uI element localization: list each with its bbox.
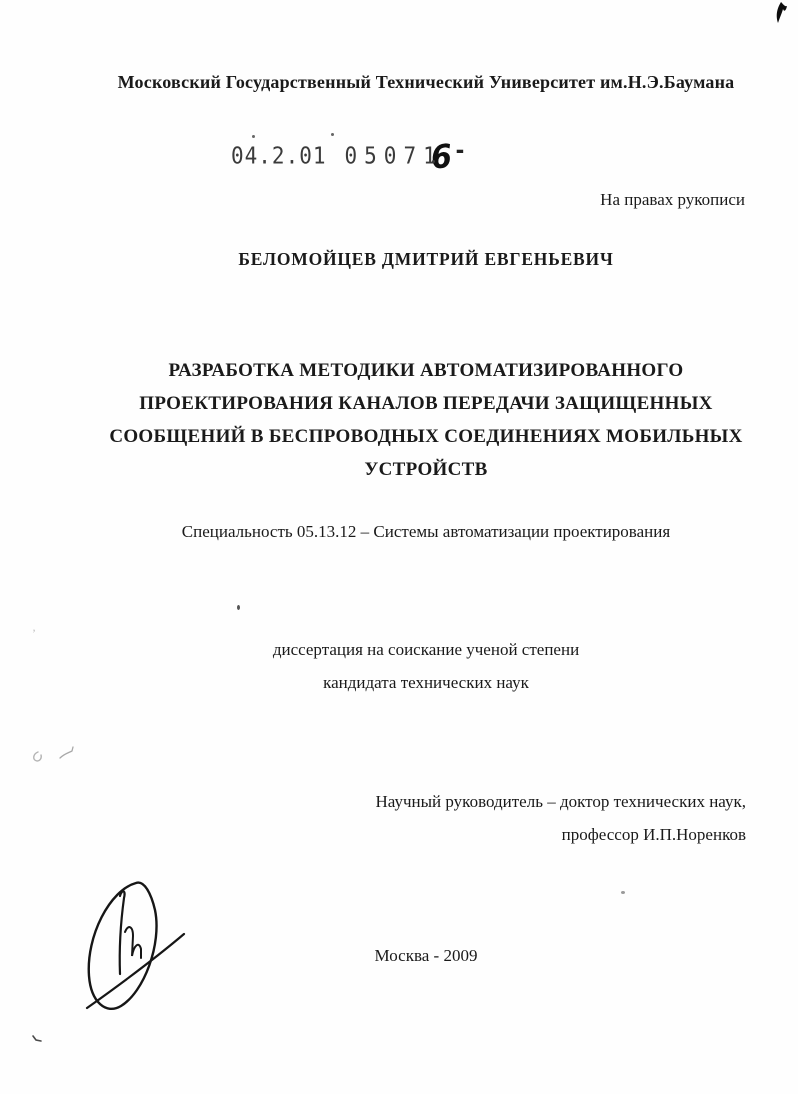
degree-line-2: кандидата технических наук	[54, 666, 798, 699]
title-line-4: УСТРОЙСТВ	[54, 453, 798, 486]
dissertation-title-page: Московский Государственный Технический У…	[0, 0, 798, 1094]
supervisor-block: Научный руководитель – доктор технически…	[376, 785, 746, 851]
stamp-number: 05071	[345, 143, 443, 169]
supervisor-line-2: профессор И.П.Норенков	[376, 818, 746, 851]
signature-image	[76, 874, 198, 1020]
stamp-dash: -	[454, 138, 467, 164]
university-name: Московский Государственный Технический У…	[0, 72, 798, 93]
speck	[331, 133, 334, 136]
stamp-handwritten-digit: 6	[430, 138, 453, 177]
title-line-3: СООБЩЕНИЙ В БЕСПРОВОДНЫХ СОЕДИНЕНИЯХ МОБ…	[54, 420, 798, 453]
corner-speck	[30, 1034, 50, 1046]
manuscript-rights-note: На правах рукописи	[600, 190, 745, 210]
author-name: БЕЛОМОЙЦЕВ ДМИТРИЙ ЕВГЕНЬЕВИЧ	[0, 249, 798, 270]
title-line-2: ПРОЕКТИРОВАНИЯ КАНАЛОВ ПЕРЕДАЧИ ЗАЩИЩЕНН…	[54, 387, 798, 420]
speck	[432, 160, 435, 163]
dissertation-title: РАЗРАБОТКА МЕТОДИКИ АВТОМАТИЗИРОВАННОГО …	[0, 354, 798, 486]
specialty-line: Специальность 05.13.12 – Системы автомат…	[0, 522, 798, 542]
title-line-1: РАЗРАБОТКА МЕТОДИКИ АВТОМАТИЗИРОВАННОГО	[54, 354, 798, 387]
pencil-marks	[26, 742, 82, 770]
ink-mark-icon	[770, 1, 794, 27]
faint-tick-mark: ’	[32, 626, 36, 641]
speck	[237, 605, 240, 610]
degree-statement: диссертация на соискание ученой степени …	[0, 633, 798, 699]
speck	[621, 891, 625, 894]
degree-line-1: диссертация на соискание ученой степени	[54, 633, 798, 666]
speck	[252, 135, 255, 138]
stamp-prefix: 04.2.01	[231, 143, 327, 169]
supervisor-line-1: Научный руководитель – доктор технически…	[376, 785, 746, 818]
library-stamp-number: 04.2.01050716-	[231, 138, 466, 177]
